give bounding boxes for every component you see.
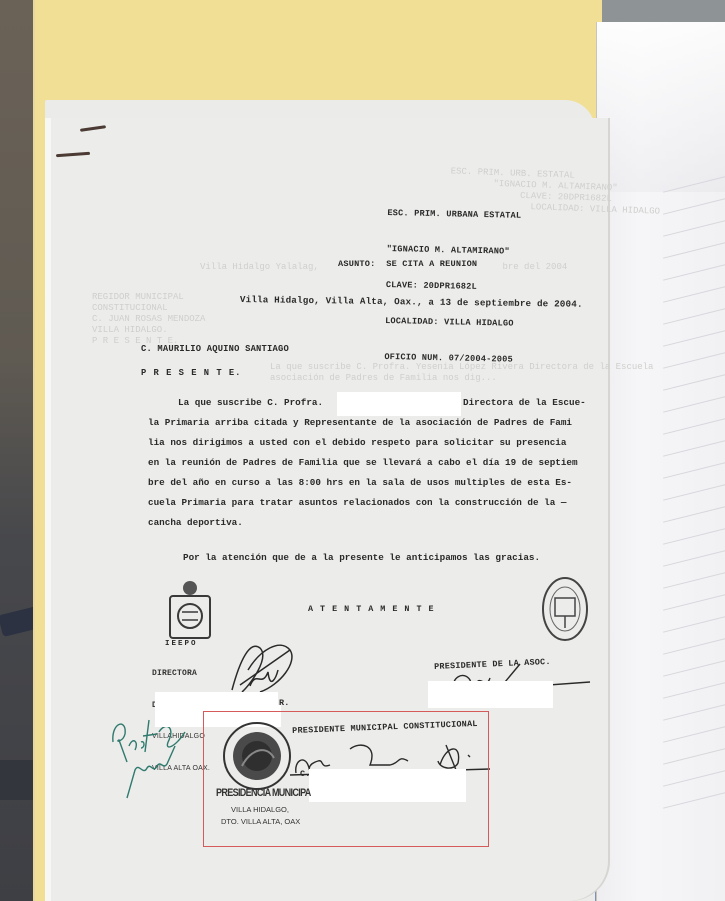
school-header: ESC. PRIM. URBANA ESTATAL "IGNACIO M. AL… bbox=[384, 183, 522, 378]
subject-line: ASUNTO: SE CITA A REUNION bbox=[338, 258, 477, 270]
notebook-page bbox=[596, 22, 725, 901]
redacted-name bbox=[428, 681, 553, 708]
subject-text: SE CITA A REUNION bbox=[386, 259, 477, 269]
header-line: LOCALIDAD: VILLA HIDALGO bbox=[385, 315, 519, 330]
recipient-name: C. MAURILIO AQUINO SANTIAGO bbox=[141, 343, 289, 355]
body-line: cancha deportiva. bbox=[148, 513, 243, 534]
header-line: "IGNACIO M. ALTAMIRANO" bbox=[386, 243, 520, 258]
body-line: bre del año en curso a las 8:00 hrs en l… bbox=[148, 473, 572, 494]
subject-label: ASUNTO: bbox=[338, 259, 376, 269]
closing-line: Por la atención que de a la presente le … bbox=[183, 548, 540, 569]
body-line: cuela Primaria para tratar asuntos relac… bbox=[148, 493, 566, 514]
body-line: en la reunión de Padres de Familia que s… bbox=[148, 453, 578, 474]
highlight-box bbox=[203, 711, 489, 847]
header-line: ESC. PRIM. URBANA ESTATAL bbox=[387, 207, 521, 222]
body-line: Directora de la Escue- bbox=[463, 393, 586, 414]
bleed-through-text: REGIDOR MUNICIPAL CONSTITUCIONAL C. JUAN… bbox=[92, 292, 205, 347]
header-line: CLAVE: 20DPR1682L bbox=[386, 279, 520, 294]
director-signature bbox=[220, 630, 300, 700]
body-line: lia nos dirigimos a usted con el debido … bbox=[148, 433, 566, 454]
ieepo-seal-icon bbox=[164, 580, 216, 642]
body-line: La que suscribe C. Profra. bbox=[178, 393, 323, 414]
parents-association-seal-icon bbox=[540, 576, 590, 642]
body-line: la Primaria arriba citada y Representant… bbox=[148, 413, 572, 434]
atentamente-label: A T E N T A M E N T E bbox=[308, 603, 435, 615]
header-line: OFICIO NUM. 07/2004-2005 bbox=[384, 351, 518, 366]
presente-label: P R E S E N T E. bbox=[141, 367, 241, 379]
